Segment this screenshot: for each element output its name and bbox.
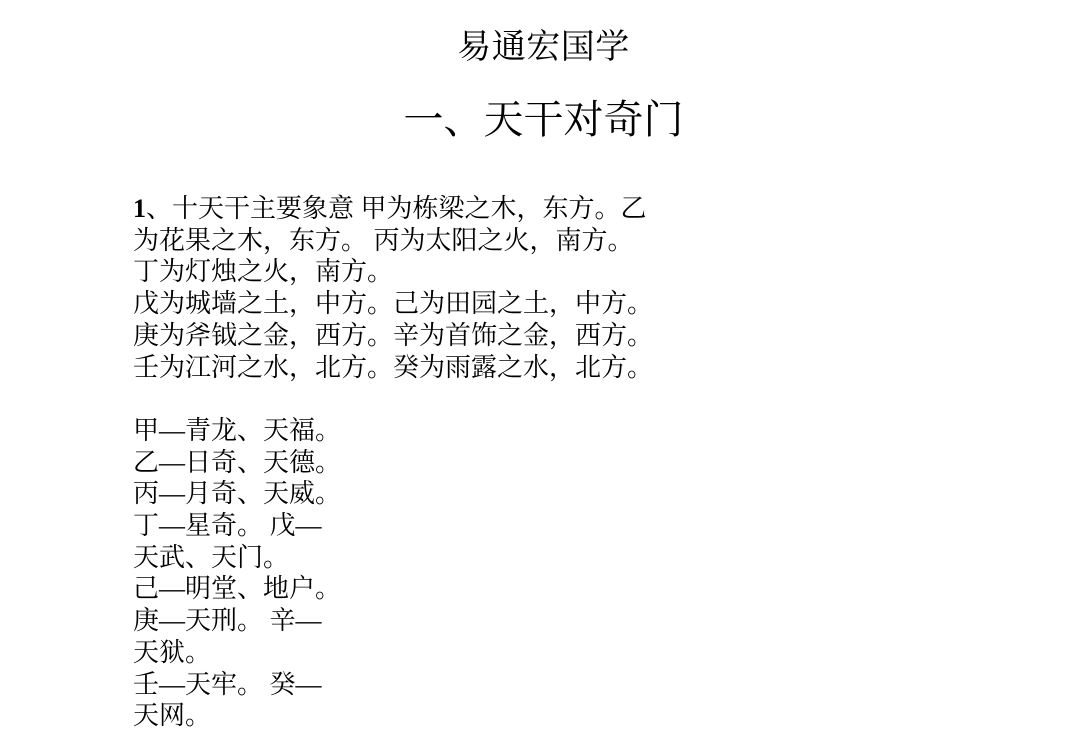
- body-line: 天武、天门。: [133, 542, 693, 574]
- body-text: 壬—天牢。 癸—: [133, 670, 322, 699]
- body-line: 己—明堂、地户。: [133, 573, 693, 605]
- body-text: 天狱。: [133, 638, 211, 667]
- body-line: [133, 383, 693, 415]
- body-text: 丁—星奇。 戊—: [133, 511, 322, 540]
- body-text: 戊为城墙之土，中方。己为田园之土，中方。: [133, 289, 653, 318]
- body-line: 壬—天牢。 癸—: [133, 669, 693, 701]
- body-line: 乙—日奇、天德。: [133, 447, 693, 479]
- body-text: 丙—月奇、天威。: [133, 479, 341, 508]
- document-page: 易通宏国学 一、天干对奇门 1、十天干主要象意 甲为栋梁之木，东方。乙为花果之木…: [0, 0, 1087, 739]
- body-line: 甲—青龙、天福。: [133, 415, 693, 447]
- body-text: 为花果之木，东方。 丙为太阳之火，南方。: [133, 226, 634, 255]
- body-line: 丁为灯烛之火，南方。: [133, 256, 693, 288]
- list-number: 1: [133, 194, 146, 223]
- body-line: 1、十天干主要象意 甲为栋梁之木，东方。乙: [133, 193, 693, 225]
- body-text: 己—明堂、地户。: [133, 574, 341, 603]
- body-text: 壬为江河之水，北方。癸为雨露之水，北方。: [133, 353, 653, 382]
- body-text: 庚为斧钺之金，西方。辛为首饰之金，西方。: [133, 321, 653, 350]
- document-title: 易通宏国学: [0, 31, 1087, 65]
- body-line: 丙—月奇、天威。: [133, 478, 693, 510]
- body-text: 天武、天门。: [133, 543, 289, 572]
- body-line: 庚—天刑。 辛—: [133, 605, 693, 637]
- body-line: 戊为城墙之土，中方。己为田园之土，中方。: [133, 288, 693, 320]
- body-text: 甲—青龙、天福。: [133, 416, 341, 445]
- body-line: 壬为江河之水，北方。癸为雨露之水，北方。: [133, 352, 693, 384]
- document-body: 1、十天干主要象意 甲为栋梁之木，东方。乙为花果之木，东方。 丙为太阳之火，南方…: [133, 193, 693, 732]
- section-heading: 一、天干对奇门: [0, 100, 1087, 140]
- body-text: 丁为灯烛之火，南方。: [133, 257, 393, 286]
- body-line: 天网。: [133, 700, 693, 732]
- body-line: 为花果之木，东方。 丙为太阳之火，南方。: [133, 225, 693, 257]
- body-text: 乙—日奇、天德。: [133, 448, 341, 477]
- body-line: 丁—星奇。 戊—: [133, 510, 693, 542]
- body-text: 、十天干主要象意 甲为栋梁之木，东方。乙: [146, 194, 647, 223]
- body-text: 庚—天刑。 辛—: [133, 606, 322, 635]
- body-line: 庚为斧钺之金，西方。辛为首饰之金，西方。: [133, 320, 693, 352]
- body-text: 天网。: [133, 701, 211, 730]
- body-line: 天狱。: [133, 637, 693, 669]
